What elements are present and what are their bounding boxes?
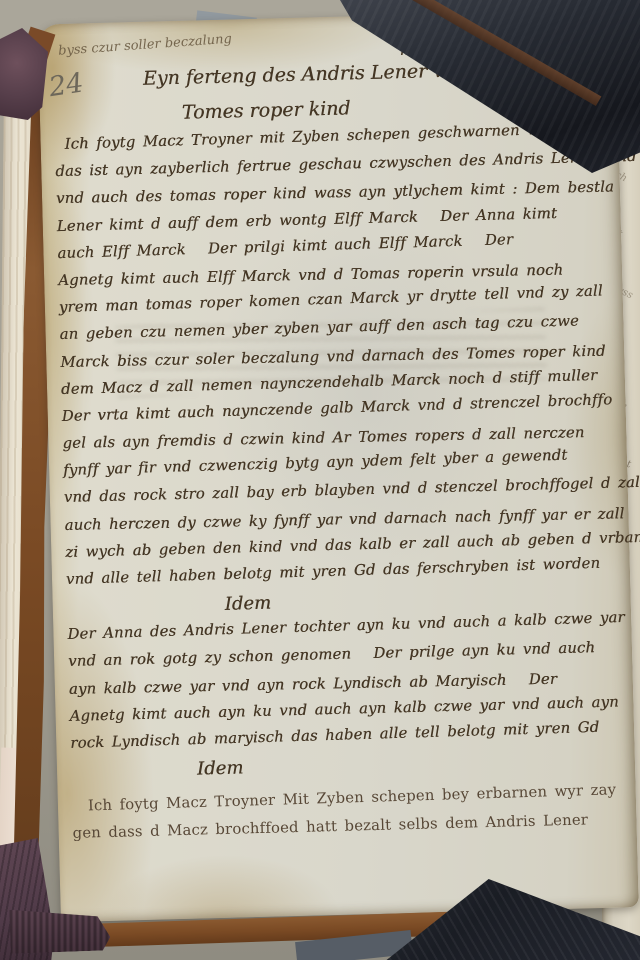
page-number: 24	[47, 67, 86, 103]
manuscript-photo: yt ach h t wyss nd uch kimt ld yb Do ya …	[0, 0, 640, 960]
paragraph-1: Ich foytg Macz Troyner mit Zyben schepen…	[54, 121, 626, 598]
heading-line-2: Tomes roper kind	[182, 97, 351, 123]
manuscript-page: byss czur soller beczalung 24 Eyn ferten…	[37, 9, 638, 922]
manuscript-body: Ich foytg Macz Troyner mit Zyben schepen…	[54, 121, 633, 852]
paragraph-2: Der Anna des Andris Lener tochter ayn ku…	[67, 611, 630, 762]
margin-note: byss czur soller beczalung	[58, 32, 233, 59]
